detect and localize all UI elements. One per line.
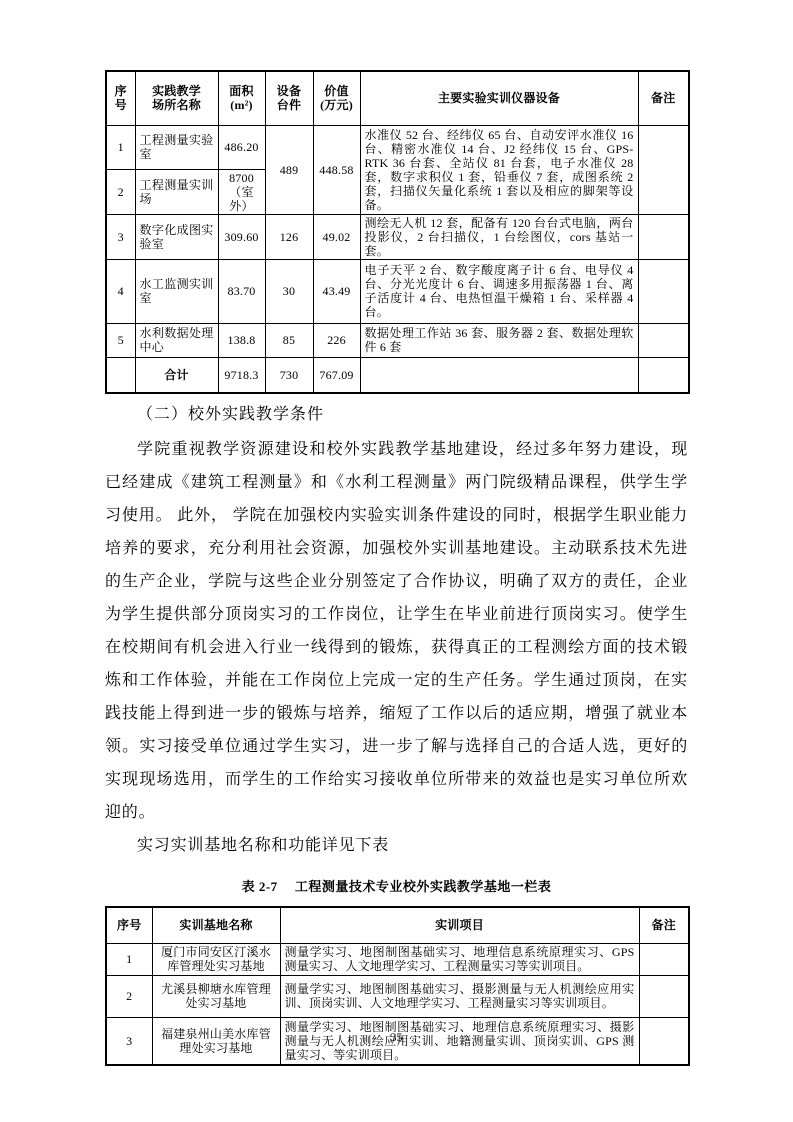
cell-equipment — [360, 357, 638, 393]
cell-place-name: 工程测量实训场 — [135, 169, 218, 214]
cell-place-name: 工程测量实验室 — [135, 125, 218, 169]
document-page: 序 号 实践教学 场所名称 面积 (m²) 设备 台件 价值 (万元) 主要实验… — [0, 0, 793, 1122]
table-row: 1 工程测量实验室 486.20 489 448.58 水准仪 52 台、经纬仪… — [106, 125, 689, 169]
cell-seq — [106, 357, 135, 393]
cell-area: 83.70 — [218, 259, 265, 323]
cell-seq: 1 — [106, 125, 135, 169]
cell-base-name: 厦门市同安区汀溪水库管理处实习基地 — [152, 943, 280, 975]
cell-equipment: 水准仪 52 台、经纬仪 65 台、自动安评水准仪 16 台、精密水准仪 14 … — [360, 125, 638, 214]
facilities-table: 序 号 实践教学 场所名称 面积 (m²) 设备 台件 价值 (万元) 主要实验… — [105, 70, 690, 394]
cell-remark — [638, 125, 689, 214]
table-header-row: 序 号 实践教学 场所名称 面积 (m²) 设备 台件 价值 (万元) 主要实验… — [106, 71, 689, 125]
header-area: 面积 (m²) — [218, 71, 265, 125]
cell-seq: 5 — [106, 323, 135, 357]
cell-total-devices: 730 — [265, 357, 313, 393]
cell-total-value: 767.09 — [313, 357, 360, 393]
cell-equipment: 数据处理工作站 36 套、服务器 2 套、数据处理软件 6 套 — [360, 323, 638, 357]
cell-remark — [638, 214, 689, 259]
cell-seq: 1 — [106, 943, 152, 975]
table-row: 3 数字化成图实验室 309.60 126 49.02 测绘无人机 12 套，配… — [106, 214, 689, 259]
header-base-name: 实训基地名称 — [152, 907, 280, 943]
table-row: 5 水利数据处理中心 138.8 85 226 数据处理工作站 36 套、服务器… — [106, 323, 689, 357]
table-row: 1 厦门市同安区汀溪水库管理处实习基地 测量学实习、地图制图基础实习、地理信息系… — [106, 943, 689, 975]
header-seq: 序 号 — [106, 71, 135, 125]
cell-remark — [638, 357, 689, 393]
header-seq: 序号 — [106, 907, 152, 943]
cell-device-count: 85 — [265, 323, 313, 357]
header-value: 价值 (万元) — [313, 71, 360, 125]
cell-place-name: 数字化成图实验室 — [135, 214, 218, 259]
cell-remark — [639, 943, 689, 975]
cell-equipment: 测绘无人机 12 套，配备有 120 台台式电脑，两台投影仪，2 台扫描仪，1 … — [360, 214, 638, 259]
section-heading: （二）校外实践教学条件 — [105, 404, 688, 426]
cell-base-name: 尤溪县柳塘水库管理处实习基地 — [152, 975, 280, 1017]
cell-place-name: 水利数据处理中心 — [135, 323, 218, 357]
header-remark: 备注 — [638, 71, 689, 125]
table-row: 2 尤溪县柳塘水库管理处实习基地 测量学实习、地图制图基础实习、摄影测量与无人机… — [106, 975, 689, 1017]
cell-area: 8700 （室外） — [218, 169, 265, 214]
cell-device-count: 30 — [265, 259, 313, 323]
cell-equipment: 电子天平 2 台、数字酸度离子计 6 台、电导仪 4 台、分光光度计 6 台、调… — [360, 259, 638, 323]
cell-value: 49.02 — [313, 214, 360, 259]
table-total-row: 合计 9718.3 730 767.09 — [106, 357, 689, 393]
cell-value: 43.49 — [313, 259, 360, 323]
cell-remark — [638, 259, 689, 323]
page-number: 35 — [0, 1030, 793, 1045]
table-caption: 表 2-7 工程测量技术专业校外实践教学基地一栏表 — [105, 876, 688, 895]
header-equipment: 主要实验实训仪器设备 — [360, 71, 638, 125]
header-remark: 备注 — [639, 907, 689, 943]
body-paragraph: 学院重视教学资源建设和校外实践教学基地建设，经过多年努力建设，现已经建成《建筑工… — [105, 433, 688, 829]
cell-seq: 2 — [106, 169, 135, 214]
cell-device-count: 126 — [265, 214, 313, 259]
table-header-row: 序号 实训基地名称 实训项目 备注 — [106, 907, 689, 943]
lead-in-paragraph: 实习实训基地名称和功能详见下表 — [105, 829, 688, 862]
cell-value: 448.58 — [313, 125, 360, 214]
cell-projects: 测量学实习、地图制图基础实习、摄影测量与无人机测绘应用实训、顶岗实训、人文地理学… — [280, 975, 639, 1017]
header-place-name: 实践教学 场所名称 — [135, 71, 218, 125]
cell-remark — [638, 323, 689, 357]
cell-seq: 4 — [106, 259, 135, 323]
cell-area: 138.8 — [218, 323, 265, 357]
cell-total-area: 9718.3 — [218, 357, 265, 393]
table-row: 4 水工监测实训室 83.70 30 43.49 电子天平 2 台、数字酸度离子… — [106, 259, 689, 323]
cell-device-count: 489 — [265, 125, 313, 214]
cell-value: 226 — [313, 323, 360, 357]
header-projects: 实训项目 — [280, 907, 639, 943]
cell-seq: 3 — [106, 214, 135, 259]
cell-remark — [639, 975, 689, 1017]
cell-area: 486.20 — [218, 125, 265, 169]
cell-place-name: 水工监测实训室 — [135, 259, 218, 323]
cell-seq: 2 — [106, 975, 152, 1017]
cell-projects: 测量学实习、地图制图基础实习、地理信息系统原理实习、GPS 测量实习、人文地理学… — [280, 943, 639, 975]
cell-total-label: 合计 — [135, 357, 218, 393]
cell-area: 309.60 — [218, 214, 265, 259]
header-device-count: 设备 台件 — [265, 71, 313, 125]
